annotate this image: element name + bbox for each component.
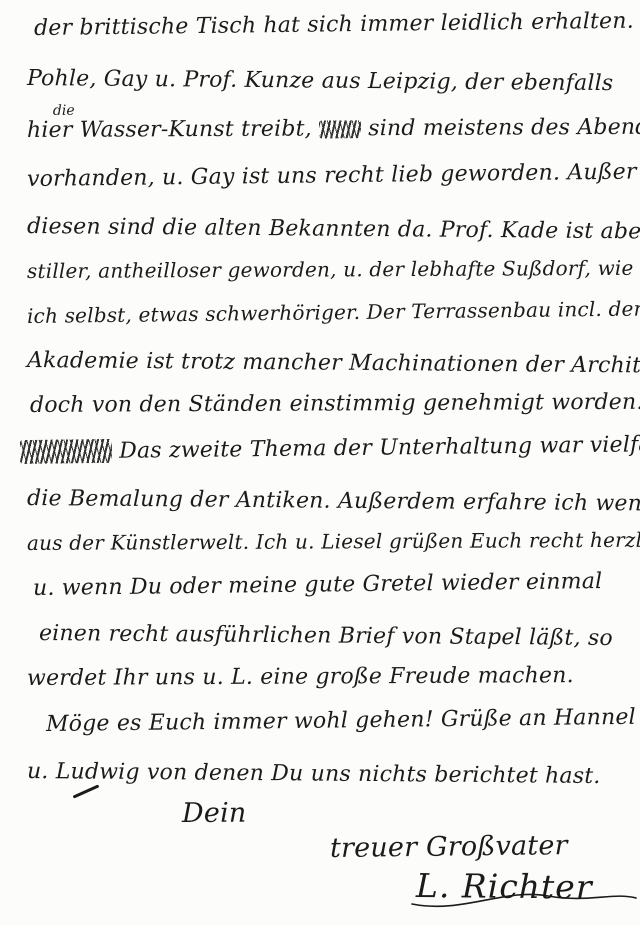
crossed-out-word bbox=[319, 120, 361, 138]
line-text: vorhanden, u. Gay ist uns recht lieb gew… bbox=[27, 160, 637, 192]
line-text: u. Ludwig von denen Du uns nichts berich… bbox=[27, 759, 601, 789]
line-text: die Bemalung der Antiken. Außerdem erfah… bbox=[27, 486, 640, 517]
letter-line: Möge es Euch immer wohl gehen! Grüße an … bbox=[46, 705, 636, 737]
letter-line: Akademie ist trotz mancher Machinationen… bbox=[27, 348, 640, 379]
line-text: sind meistens des Abends bbox=[361, 115, 640, 142]
letter-line: der brittische Tisch hat sich immer leid… bbox=[34, 9, 634, 41]
crossed-out-word bbox=[20, 439, 112, 464]
letter-line: vorhanden, u. Gay ist uns recht lieb gew… bbox=[27, 160, 637, 192]
signature-flourish bbox=[408, 858, 640, 916]
line-text: u. wenn Du oder meine gute Gretel wieder… bbox=[33, 569, 603, 601]
letter-line: Pohle, Gay u. Prof. Kunze aus Leipzig, d… bbox=[27, 66, 614, 96]
line-text: Pohle, Gay u. Prof. Kunze aus Leipzig, d… bbox=[27, 66, 614, 96]
letter-line: u. wenn Du oder meine gute Gretel wieder… bbox=[33, 569, 603, 601]
valediction-text: Dein bbox=[182, 798, 247, 829]
letter-line: die Bemalung der Antiken. Außerdem erfah… bbox=[27, 486, 640, 517]
letter-line: die hier Wasser-Kunst treibt, sind meist… bbox=[27, 115, 640, 143]
line-text: Das zweite Thema der Unterhaltung war vi… bbox=[112, 432, 640, 464]
line-text: der brittische Tisch hat sich immer leid… bbox=[34, 9, 634, 41]
line-text: stiller, antheilloser geworden, u. der l… bbox=[27, 256, 634, 283]
letter-line: u. Ludwig von denen Du uns nichts berich… bbox=[27, 759, 601, 789]
letter-line: aus der Künstlerwelt. Ich u. Liesel grüß… bbox=[27, 528, 640, 555]
letter-page: der brittische Tisch hat sich immer leid… bbox=[0, 0, 640, 925]
pen-stroke bbox=[73, 784, 100, 798]
line-text: aus der Künstlerwelt. Ich u. Liesel grüß… bbox=[27, 528, 640, 555]
letter-line: Das zweite Thema der Unterhaltung war vi… bbox=[20, 432, 640, 465]
inserted-word: die bbox=[53, 103, 75, 119]
line-text: Möge es Euch immer wohl gehen! Grüße an … bbox=[46, 705, 636, 737]
letter-line: werdet Ihr uns u. L. eine große Freude m… bbox=[27, 663, 574, 691]
line-text: ich selbst, etwas schwerhöriger. Der Ter… bbox=[27, 296, 640, 328]
letter-line: ich selbst, etwas schwerhöriger. Der Ter… bbox=[27, 296, 640, 328]
letter-line: diesen sind die alten Bekannten da. Prof… bbox=[27, 214, 640, 244]
line-text: werdet Ihr uns u. L. eine große Freude m… bbox=[27, 663, 574, 691]
line-text: hier Wasser-Kunst treibt, bbox=[27, 116, 319, 143]
line-text: doch von den Ständen einstimmig genehmig… bbox=[30, 390, 640, 418]
letter-line: einen recht ausführlichen Brief von Stap… bbox=[39, 621, 613, 651]
letter-line: doch von den Ständen einstimmig genehmig… bbox=[30, 390, 640, 418]
letter-line: stiller, antheilloser geworden, u. der l… bbox=[27, 256, 634, 283]
line-text: Akademie ist trotz mancher Machinationen… bbox=[27, 348, 640, 379]
line-text: einen recht ausführlichen Brief von Stap… bbox=[39, 621, 613, 651]
line-text: diesen sind die alten Bekannten da. Prof… bbox=[27, 214, 640, 244]
valediction: Dein bbox=[182, 798, 247, 829]
